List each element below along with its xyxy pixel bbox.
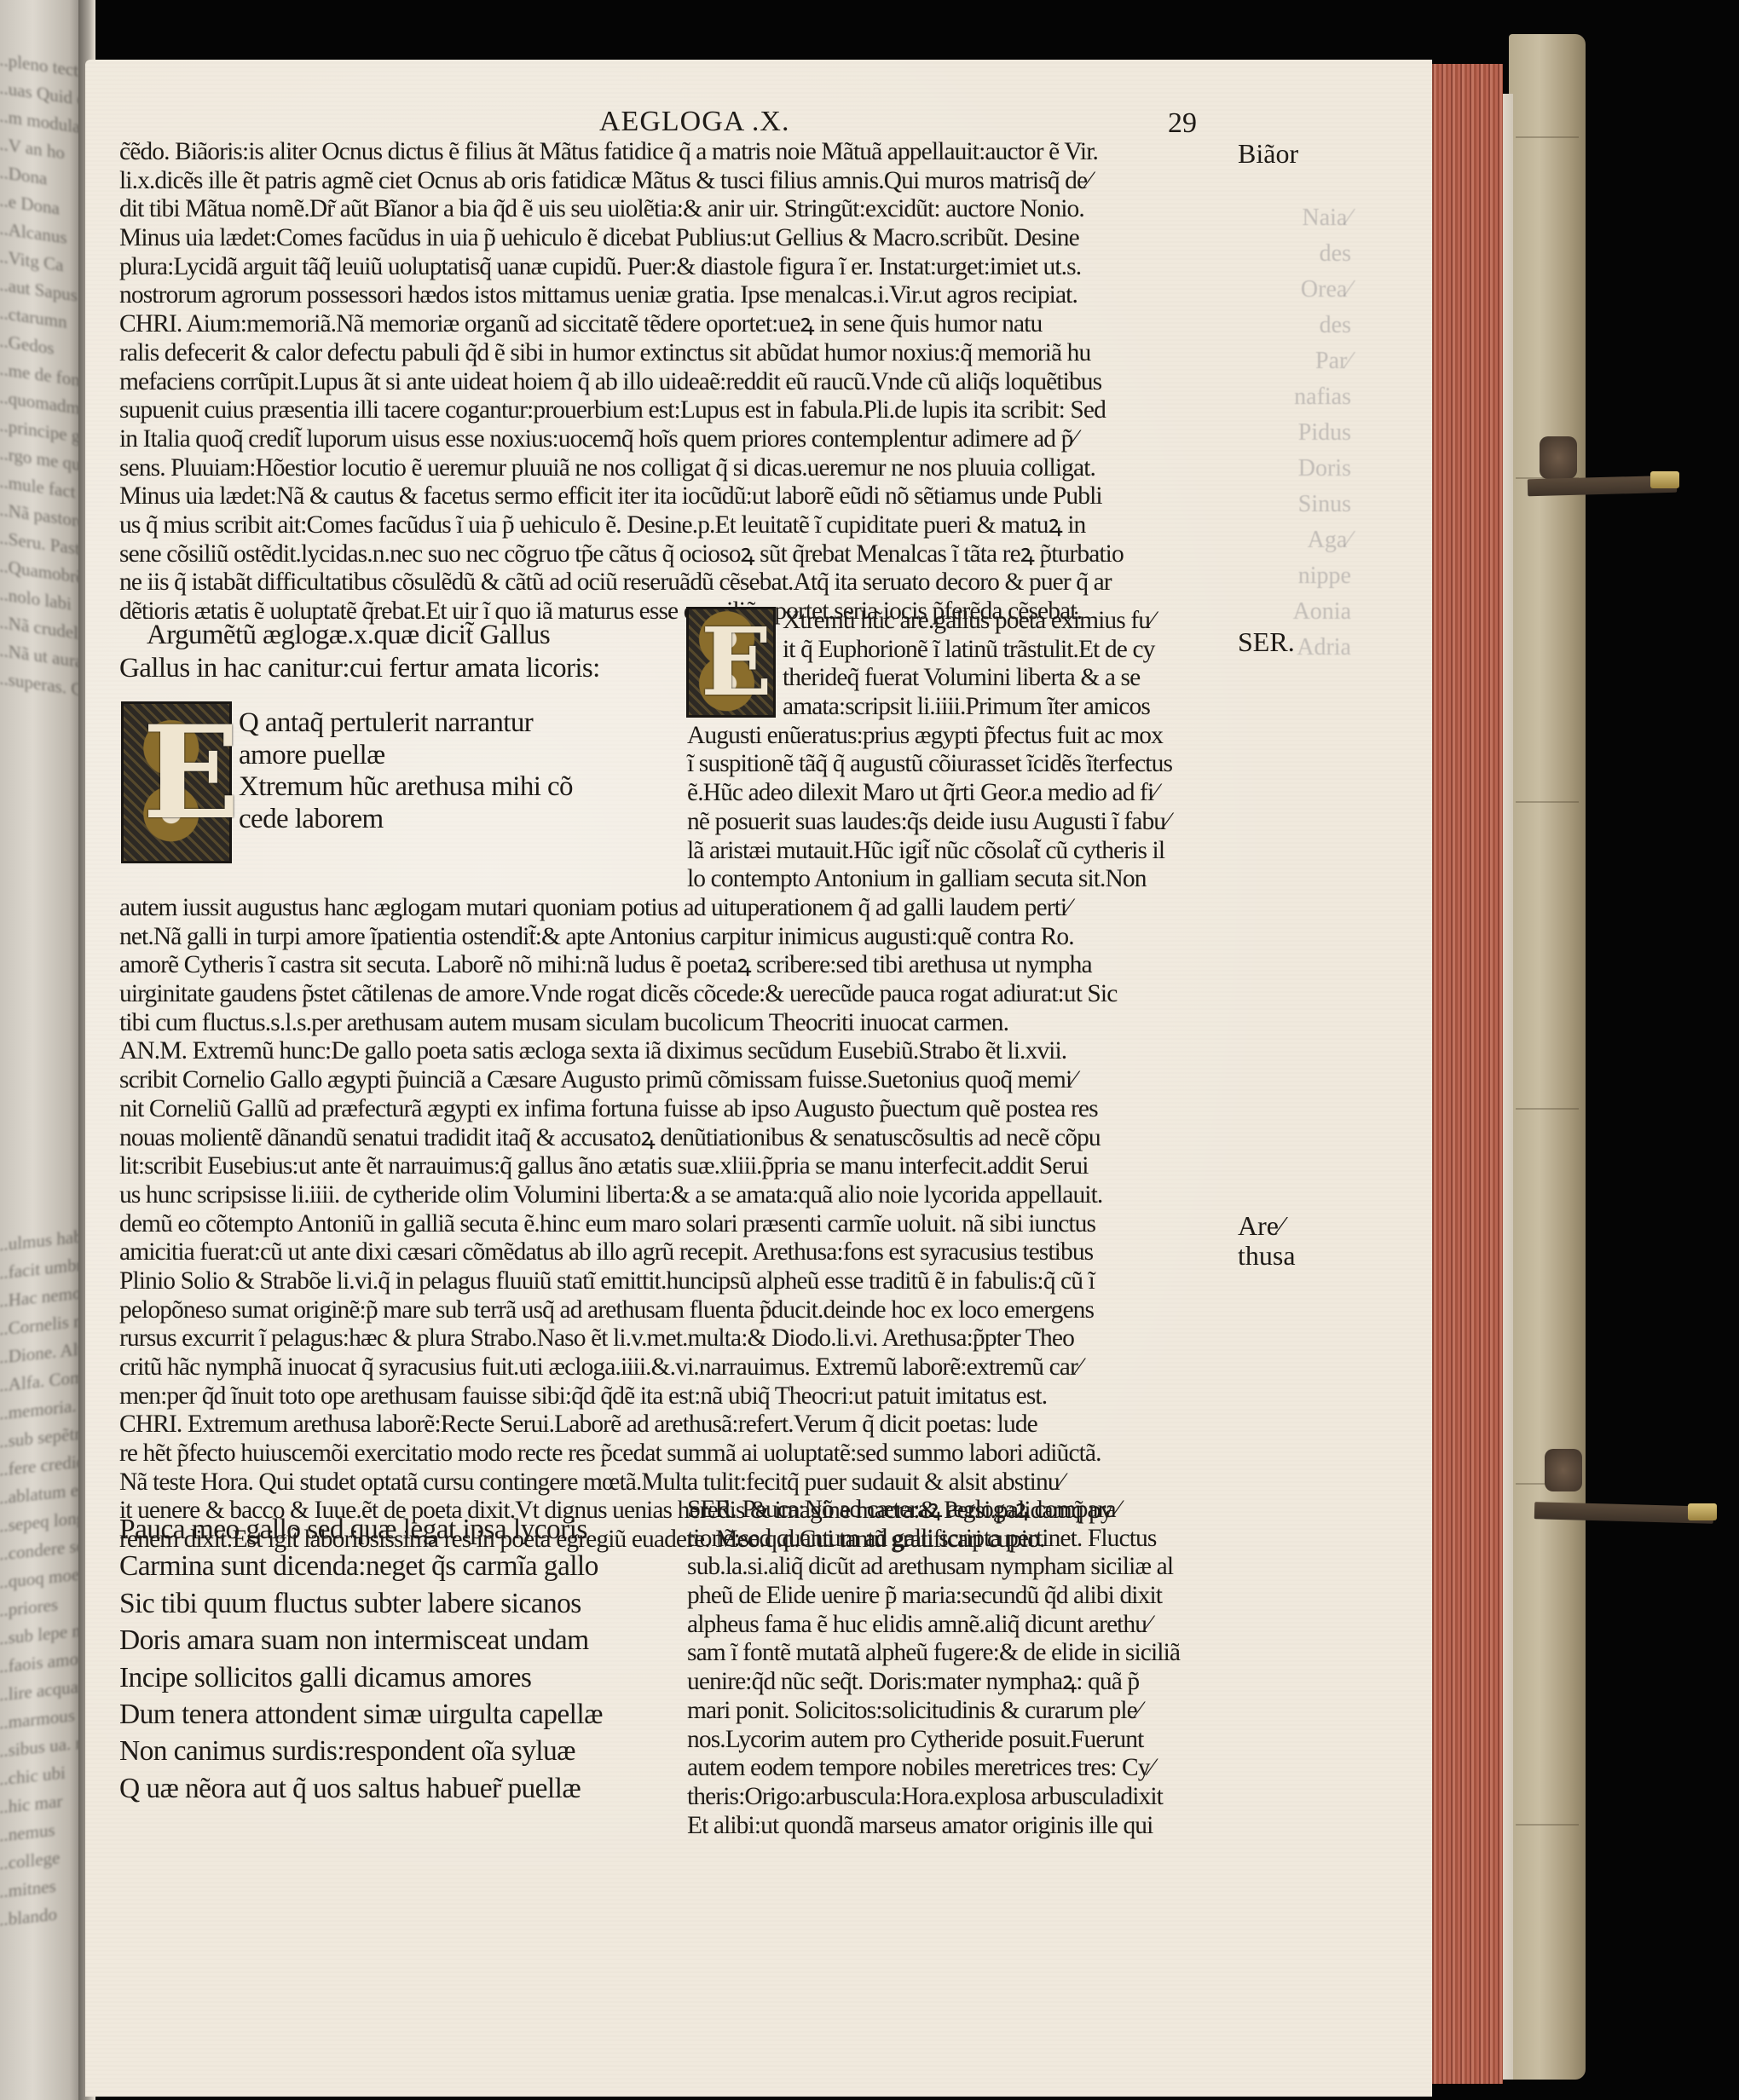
commentary-line: sam ĩ fontẽ mutatã alpheũ fugere:& de el… [687,1639,1180,1668]
commentary-line: us q̃ mius scribit ait:Comes facũdus ĩ u… [119,511,1124,540]
clasp-lower-brass-tip [1688,1503,1717,1520]
commentary-line: sens. Pluuiam:Hõestior locutio ẽ ueremur… [119,454,1124,483]
commentary-line: Minus uia lædet:Nã & cautus & facetus se… [119,482,1124,511]
commentary-line: dit tibi Mãtua nomẽ.Dr̃ aũt Bĩanor a bia… [119,195,1124,224]
clasp-upper-mount [1540,436,1577,479]
commentary-line: nostrorum agrorum possessori hædos istos… [119,281,1124,310]
commentary-line: plura:Lycidã arguit tãq̃ leuiũ uoluptati… [119,253,1124,282]
argument-line-5: Xtremum hũc arethusa mihi cõ [239,771,573,804]
left-page-ghost-text: ...pleno tecti ornatum...uas Quid cur id… [0,45,80,704]
commentary-line: demũ eo cõtempto Antoniũ in galliã secut… [119,1210,1117,1239]
commentary-line: nos.Lycorim autem pro Cytheride posuit.F… [687,1726,1180,1755]
commentary-line: sub.la.si.aliq̃ dicũt ad arethusam nymph… [687,1553,1180,1582]
commentary-line: tionẽ:sed quantum ad galli scripta perti… [687,1525,1180,1554]
bleed-through-word: Orea⁄ [1283,272,1351,308]
bleed-through-word: des [1283,308,1351,343]
bleed-through-word: nippe [1283,558,1351,594]
commentary-line: sene cõsiliũ ostẽdit.lycidas.n.nec suo n… [119,540,1124,569]
clasp-upper-brass-tip [1650,471,1679,488]
commentary-line: lo contempto Antonium in galliam secuta … [687,865,1172,894]
commentary-line: li.x.dicẽs ille ẽt patris agmẽ ciet Ocnu… [119,167,1124,196]
commentary-line: Augusti enũeratus:prius ægypti p̃fectus … [687,722,1172,751]
commentary-line: Plinio Solio & Strabõe li.vi.q̃ in pelag… [119,1267,1117,1296]
running-title: AEGLOGA .X. [599,106,789,138]
commentary-line: in Italia quoq̃ credit̃ luporum uisus es… [119,425,1124,454]
commentary-line: critũ hãc nymphã inuocat q̃ syracusius f… [119,1353,1117,1382]
bleed-through-word: Sinus [1283,487,1351,522]
margin-note-biaor: Biãor [1238,138,1298,170]
verse-line: Sic tibi quum fluctus subter labere sica… [119,1585,603,1622]
argument-heading-line-2: Gallus in hac canitur:cui fertur amata l… [119,653,600,684]
commentary-line: SER. Pauca:Nõ ad cæteraꝝ æglogaꝝ compara… [687,1496,1180,1525]
commentary-line: supuenit cuius præsentia illi tacere cog… [119,396,1124,425]
verse-line: Dum tenera attondent simæ uirgulta capel… [119,1696,603,1733]
commentary-line: theris:Origo:arbuscula:Hora.explosa arbu… [687,1783,1180,1812]
commentary-line: Xtremũ hũc are.gallus poeta eximius fu⁄ [687,607,1172,636]
commentary-line: lã aristæi mutauit.Hũc igit̃ nũc cõsolat… [687,837,1172,866]
commentary-line: ne iis q̃ istabãt difficultatibus cõsulẽ… [119,568,1124,597]
commentary-line: pelopõneso sumat originẽ:p̃ mare sub ter… [119,1296,1117,1325]
verse-line: Non canimus surdis:respondent oĩa syluæ [119,1733,603,1769]
bleed-through-word: Doris [1283,451,1351,487]
commentary-line: autem eodem tempore nobiles meretrices t… [687,1754,1180,1783]
initial-letter: E [142,709,240,837]
commentary-line: ralis defecerit & calor defectu pabuli q… [119,339,1124,368]
argument-verse: Q antaq̃ pertulerit narrantur amore puel… [239,707,573,835]
commentary-line: amicitia fuerat:cũ ut ante dixi cæsari c… [119,1238,1117,1267]
commentary-line: Nã teste Hora. Qui studet optatã cursu c… [119,1468,1117,1497]
bleed-through-word: des [1283,236,1351,272]
bleed-through-word: nafias [1283,379,1351,415]
commentary-line: ĩ suspitionẽ tãq̃ q̃ augustũ cõiurasset … [687,750,1172,779]
commentary-line: autem iussit augustus hanc æglogam mutar… [119,894,1117,923]
commentary-line: men:per q̃d ĩnuit toto ope arethusam fau… [119,1382,1117,1411]
commentary-line: uenire:q̃d nũc seq̃t. Doris:mater nympha… [687,1668,1180,1697]
servius-intro: Xtremũ hũc are.gallus poeta eximius fu⁄i… [687,607,1172,894]
commentary-line: lit:scribit Eusebius:ut ante ẽt narrauim… [119,1152,1117,1181]
commentary-middle: autem iussit augustus hanc æglogam mutar… [119,894,1117,1555]
commentary-line: nẽ posuerit suas laudes:q̃s deide iusu A… [687,808,1172,837]
bleed-through-margin: Naia⁄desOrea⁄desPar⁄nafiasPidusDorisSinu… [1283,200,1351,666]
commentary-line: mefaciens corrũpit.Lupus ãt si ante uide… [119,368,1124,397]
commentary-line: us hunc scripsisse li.iiii. de cytheride… [119,1181,1117,1210]
bleed-through-word: Pidus [1283,415,1351,451]
verse-line: Pauca meo gallo sed quæ legat ipsa lycor… [119,1511,603,1548]
commentary-top: c̃ẽdo. Biãoris:is aliter Ocnus dictus ẽ … [119,138,1124,626]
book-binding [1509,34,1586,2080]
commentary-line: alpheus fama ẽ huc elidis amnẽ.aliq̃ dic… [687,1611,1180,1640]
commentary-line: Minus uia lædet:Comes facũdus in uia p̃ … [119,224,1124,253]
commentary-line: ẽ.Hũc adeo dilexit Maro ut q̃rti Geor.a … [687,779,1172,808]
commentary-line: mari ponit. Solicitos:solicitudinis & cu… [687,1697,1180,1726]
argument-line-4: amore puellæ [239,740,573,772]
commentary-line: pheũ de Elide uenire p̃ maria:secundũ q̃… [687,1582,1180,1611]
commentary-line: re hẽt p̃fecto huiuscemõi exercitatio mo… [119,1439,1117,1468]
commentary-line: amata:scripsit li.iiii.Primum ĩter amico… [687,693,1172,722]
eclogue-verse: Pauca meo gallo sed quæ legat ipsa lycor… [119,1511,603,1807]
commentary-line: rursus excurrit ĩ pelagus:hæc & plura St… [119,1324,1117,1353]
left-page-ghost-text-lower: ...ulmus habet et amor...facit umbras...… [0,1223,80,1936]
woodcut-initial-e-verse: E [121,701,232,863]
commentary-line: nit Corneliũ Gallũ ad præfecturã ægypti … [119,1095,1117,1124]
commentary-line: tibi cum fluctus.s.l.s.per arethusam aut… [119,1009,1117,1038]
margin-note-arethusa-2: thusa [1238,1240,1296,1272]
commentary-line: Et alibi:ut quondã marseus amator origin… [687,1812,1180,1841]
folio-number: 29 [1168,107,1197,140]
commentary-line: uirginitate gaudens p̃stet cãtilenas de … [119,980,1117,1009]
commentary-line: scribit Cornelio Gallo ægypti p̃uinciã a… [119,1066,1117,1095]
bleed-through-word: Adria [1283,630,1351,666]
commentary-line: nouas molientẽ dãnandũ senatui tradidit … [119,1124,1117,1153]
margin-note-arethusa-1: Are⁄ [1238,1210,1283,1242]
commentary-line: CHRI. Aium:memoriã.Nã memoriæ organũ ad … [119,310,1124,339]
commentary-line: CHRI. Extremum arethusa laborẽ:Recte Ser… [119,1411,1117,1439]
commentary-line: amorẽ Cytheris ĩ castra sit secuta. Labo… [119,951,1117,980]
commentary-bottom-right: SER. Pauca:Nõ ad cæteraꝝ æglogaꝝ compara… [687,1496,1180,1840]
argument-heading-line-1: Argumẽtũ æglogæ.x.quæ dicit̃ Gallus [147,617,550,653]
argument-line-3: Q antaq̃ pertulerit narrantur [239,707,573,740]
commentary-line: AN.M. Extremũ hunc:De gallo poeta satis … [119,1037,1117,1066]
bleed-through-word: Aonia [1283,594,1351,630]
bleed-through-word: Par⁄ [1283,343,1351,379]
commentary-line: it q̃ Euphorionẽ ĩ latinũ trãstulit.Et d… [687,636,1172,665]
bleed-through-word: Aga⁄ [1283,522,1351,558]
argument-line-6: cede laborem [239,804,573,836]
verse-line: Incipe sollicitos galli dicamus amores [119,1659,603,1696]
verse-line: Carmina sunt dicenda:neget q̃s carmĩa ga… [119,1548,603,1584]
verse-line: Doris amara suam non intermisceat undam [119,1622,603,1659]
bleed-through-word: Naia⁄ [1283,200,1351,236]
clasp-lower-mount [1545,1449,1582,1491]
commentary-line: therideq̃ fuerat Volumini liberta & a se [687,664,1172,693]
verse-line: Q uæ nẽora aut q̃ uos saltus habuer̃ pue… [119,1770,603,1807]
commentary-line: net.Nã galli in turpi amore ĩpatientia o… [119,923,1117,952]
commentary-line: c̃ẽdo. Biãoris:is aliter Ocnus dictus ẽ … [119,138,1124,167]
left-page-edge: ...pleno tecti ornatum...uas Quid cur id… [0,0,82,2100]
